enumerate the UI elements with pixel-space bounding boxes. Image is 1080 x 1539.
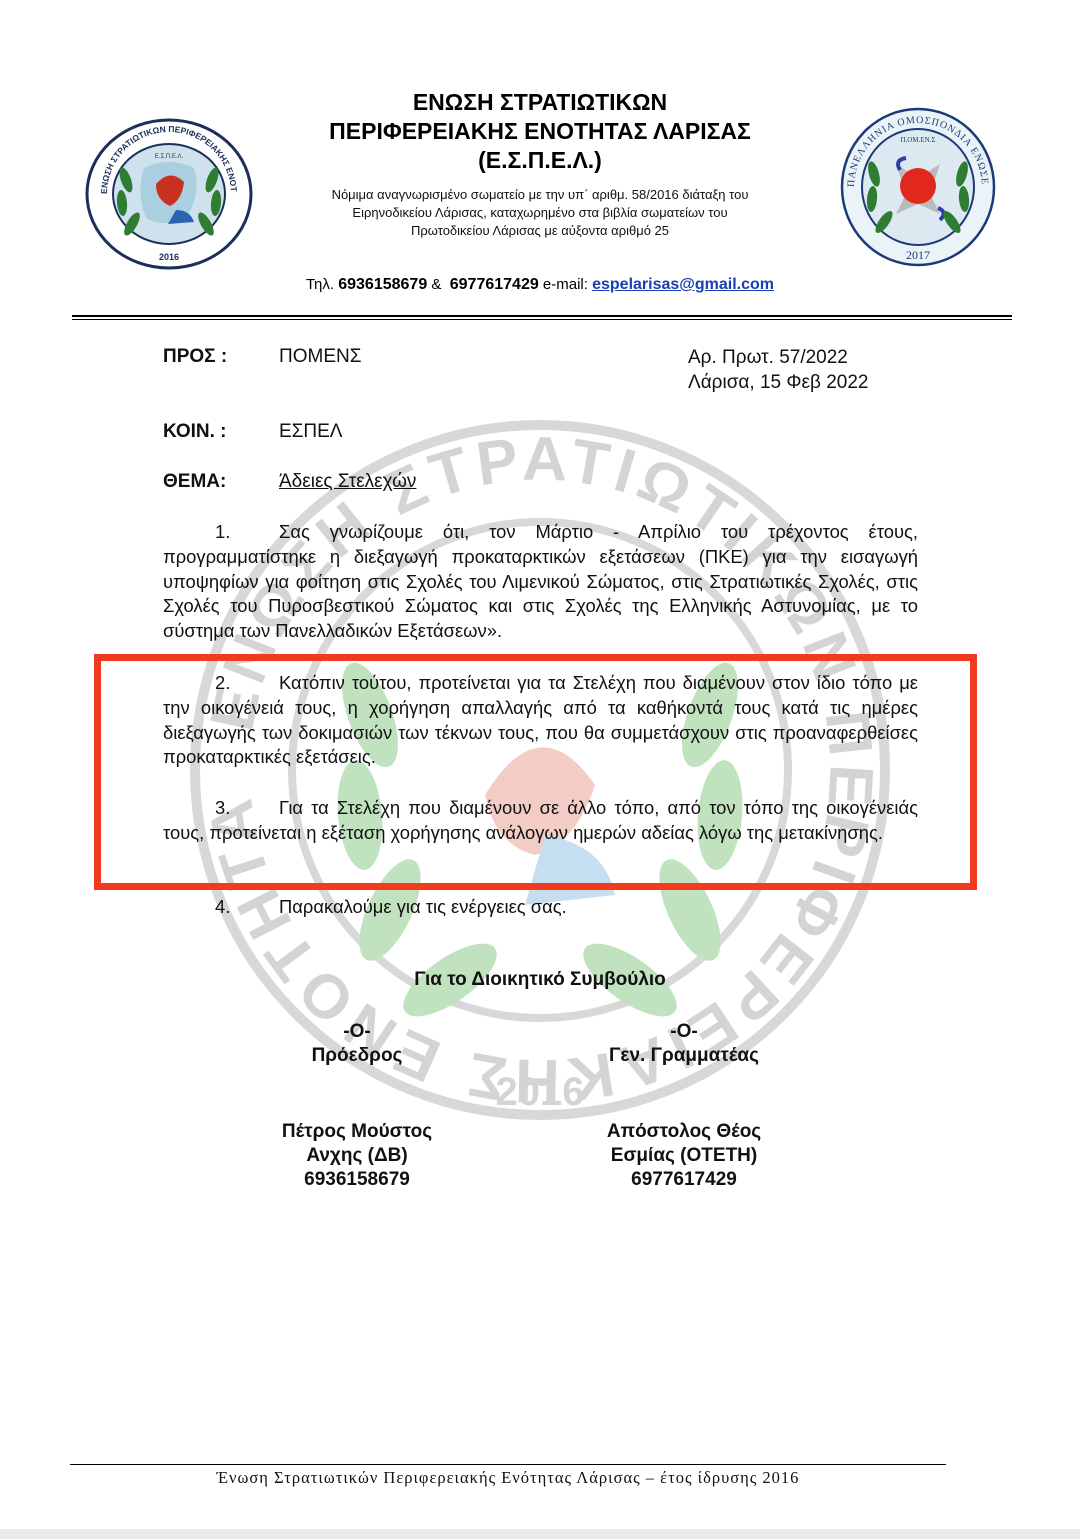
pomens-logo-icon: ΠΑΝΕΛΛΗΝΙΑ ΟΜΟΣΠΟΝΔΙΑ ΕΝΩΣΕΩΝ ΣΤΡΑΤΙΩΤΙΚ… — [838, 104, 998, 270]
svg-text:Ε.Σ.Π.Ε.Λ.: Ε.Σ.Π.Ε.Λ. — [155, 154, 184, 160]
svg-text:2017: 2017 — [906, 248, 930, 262]
watermark-year: 2016 — [496, 1070, 585, 1114]
phone-2: 6977617429 — [450, 276, 539, 293]
registration-note: Νόμιμα αναγνωρισμένο σωματείο με την υπ΄… — [270, 186, 810, 240]
footer-text: Ένωση Στρατιωτικών Περιφερειακής Ενότητα… — [70, 1468, 946, 1488]
contact-line: Τηλ. 6936158679 & 6977617429 e-mail: esp… — [200, 276, 880, 294]
footer-divider — [70, 1464, 946, 1465]
svg-text:2016: 2016 — [159, 252, 179, 262]
org-title-line: ΠΕΡΙΦΕΡΕΙΑΚΗΣ ΕΝΟΤΗΤΑΣ ΛΑΡΙΣΑΣ — [270, 117, 810, 146]
reference-number: Αρ. Πρωτ. 57/2022 — [688, 345, 869, 370]
subject-value: Άδειες Στελεχών — [279, 471, 416, 493]
reference-block: Αρ. Πρωτ. 57/2022 Λάρισα, 15 Φεβ 2022 — [688, 345, 869, 395]
paragraph-4: 4.Παρακαλούμε για τις ενέργειες σας. — [163, 895, 918, 920]
espel-logo-icon: ΕΝΩΣΗ ΣΤΡΑΤΙΩΤΙΚΩΝ ΠΕΡΙΦΕΡΕΙΑΚΗΣ ΕΝΟΤΗΤΑ… — [84, 118, 254, 270]
signature-secretary-role: -Ο- Γεν. Γραμματέας — [554, 1020, 814, 1068]
signature-president-role: -Ο- Πρόεδρος — [227, 1020, 487, 1068]
subject-label: ΘΕΜΑ: — [163, 471, 226, 493]
to-label: ΠΡΟΣ : — [163, 346, 227, 368]
org-title: ΕΝΩΣΗ ΣΤΡΑΤΙΩΤΙΚΩΝ ΠΕΡΙΦΕΡΕΙΑΚΗΣ ΕΝΟΤΗΤΑ… — [270, 88, 810, 175]
header-divider — [72, 315, 1012, 320]
cc-label: ΚΟΙΝ. : — [163, 421, 227, 443]
svg-text:Π.ΟΜ.ΕΝ.Σ: Π.ΟΜ.ΕΝ.Σ — [901, 136, 936, 144]
highlight-box — [94, 654, 977, 890]
place-date: Λάρισα, 15 Φεβ 2022 — [688, 370, 869, 395]
phone-1: 6936158679 — [338, 276, 427, 293]
org-title-line: (Ε.Σ.Π.Ε.Λ.) — [270, 146, 810, 175]
cc-value: ΕΣΠΕΛ — [279, 421, 343, 443]
email-label: e-mail: — [543, 276, 588, 293]
to-value: ΠΟΜΕΝΣ — [279, 346, 361, 368]
paragraph-1: 1.Σας γνωρίζουμε ότι, τον Μάρτιο - Απρίλ… — [163, 520, 918, 644]
email-link[interactable]: espelarisas@gmail.com — [592, 276, 774, 293]
org-title-line: ΕΝΩΣΗ ΣΤΡΑΤΙΩΤΙΚΩΝ — [270, 88, 810, 117]
signature-secretary-name: Απόστολος Θέος Εσμίας (ΟΤΕΤΗ) 6977617429 — [554, 1120, 814, 1192]
phone-label: Τηλ. — [306, 276, 334, 293]
board-signature-heading: Για το Διοικητικό Συμβούλιο — [270, 969, 810, 991]
viewer-bottom-strip — [0, 1529, 1080, 1539]
document-page: ΕΝΩΣΗ ΣΤΡΑΤΙΩΤΙΚΩΝ ΠΕΡΙΦΕΡΕΙΑΚΗΣ ΕΝΟΤΗΤΑ… — [0, 0, 1080, 1529]
signature-president-name: Πέτρος Μούστος Ανχης (ΔΒ) 6936158679 — [227, 1120, 487, 1192]
